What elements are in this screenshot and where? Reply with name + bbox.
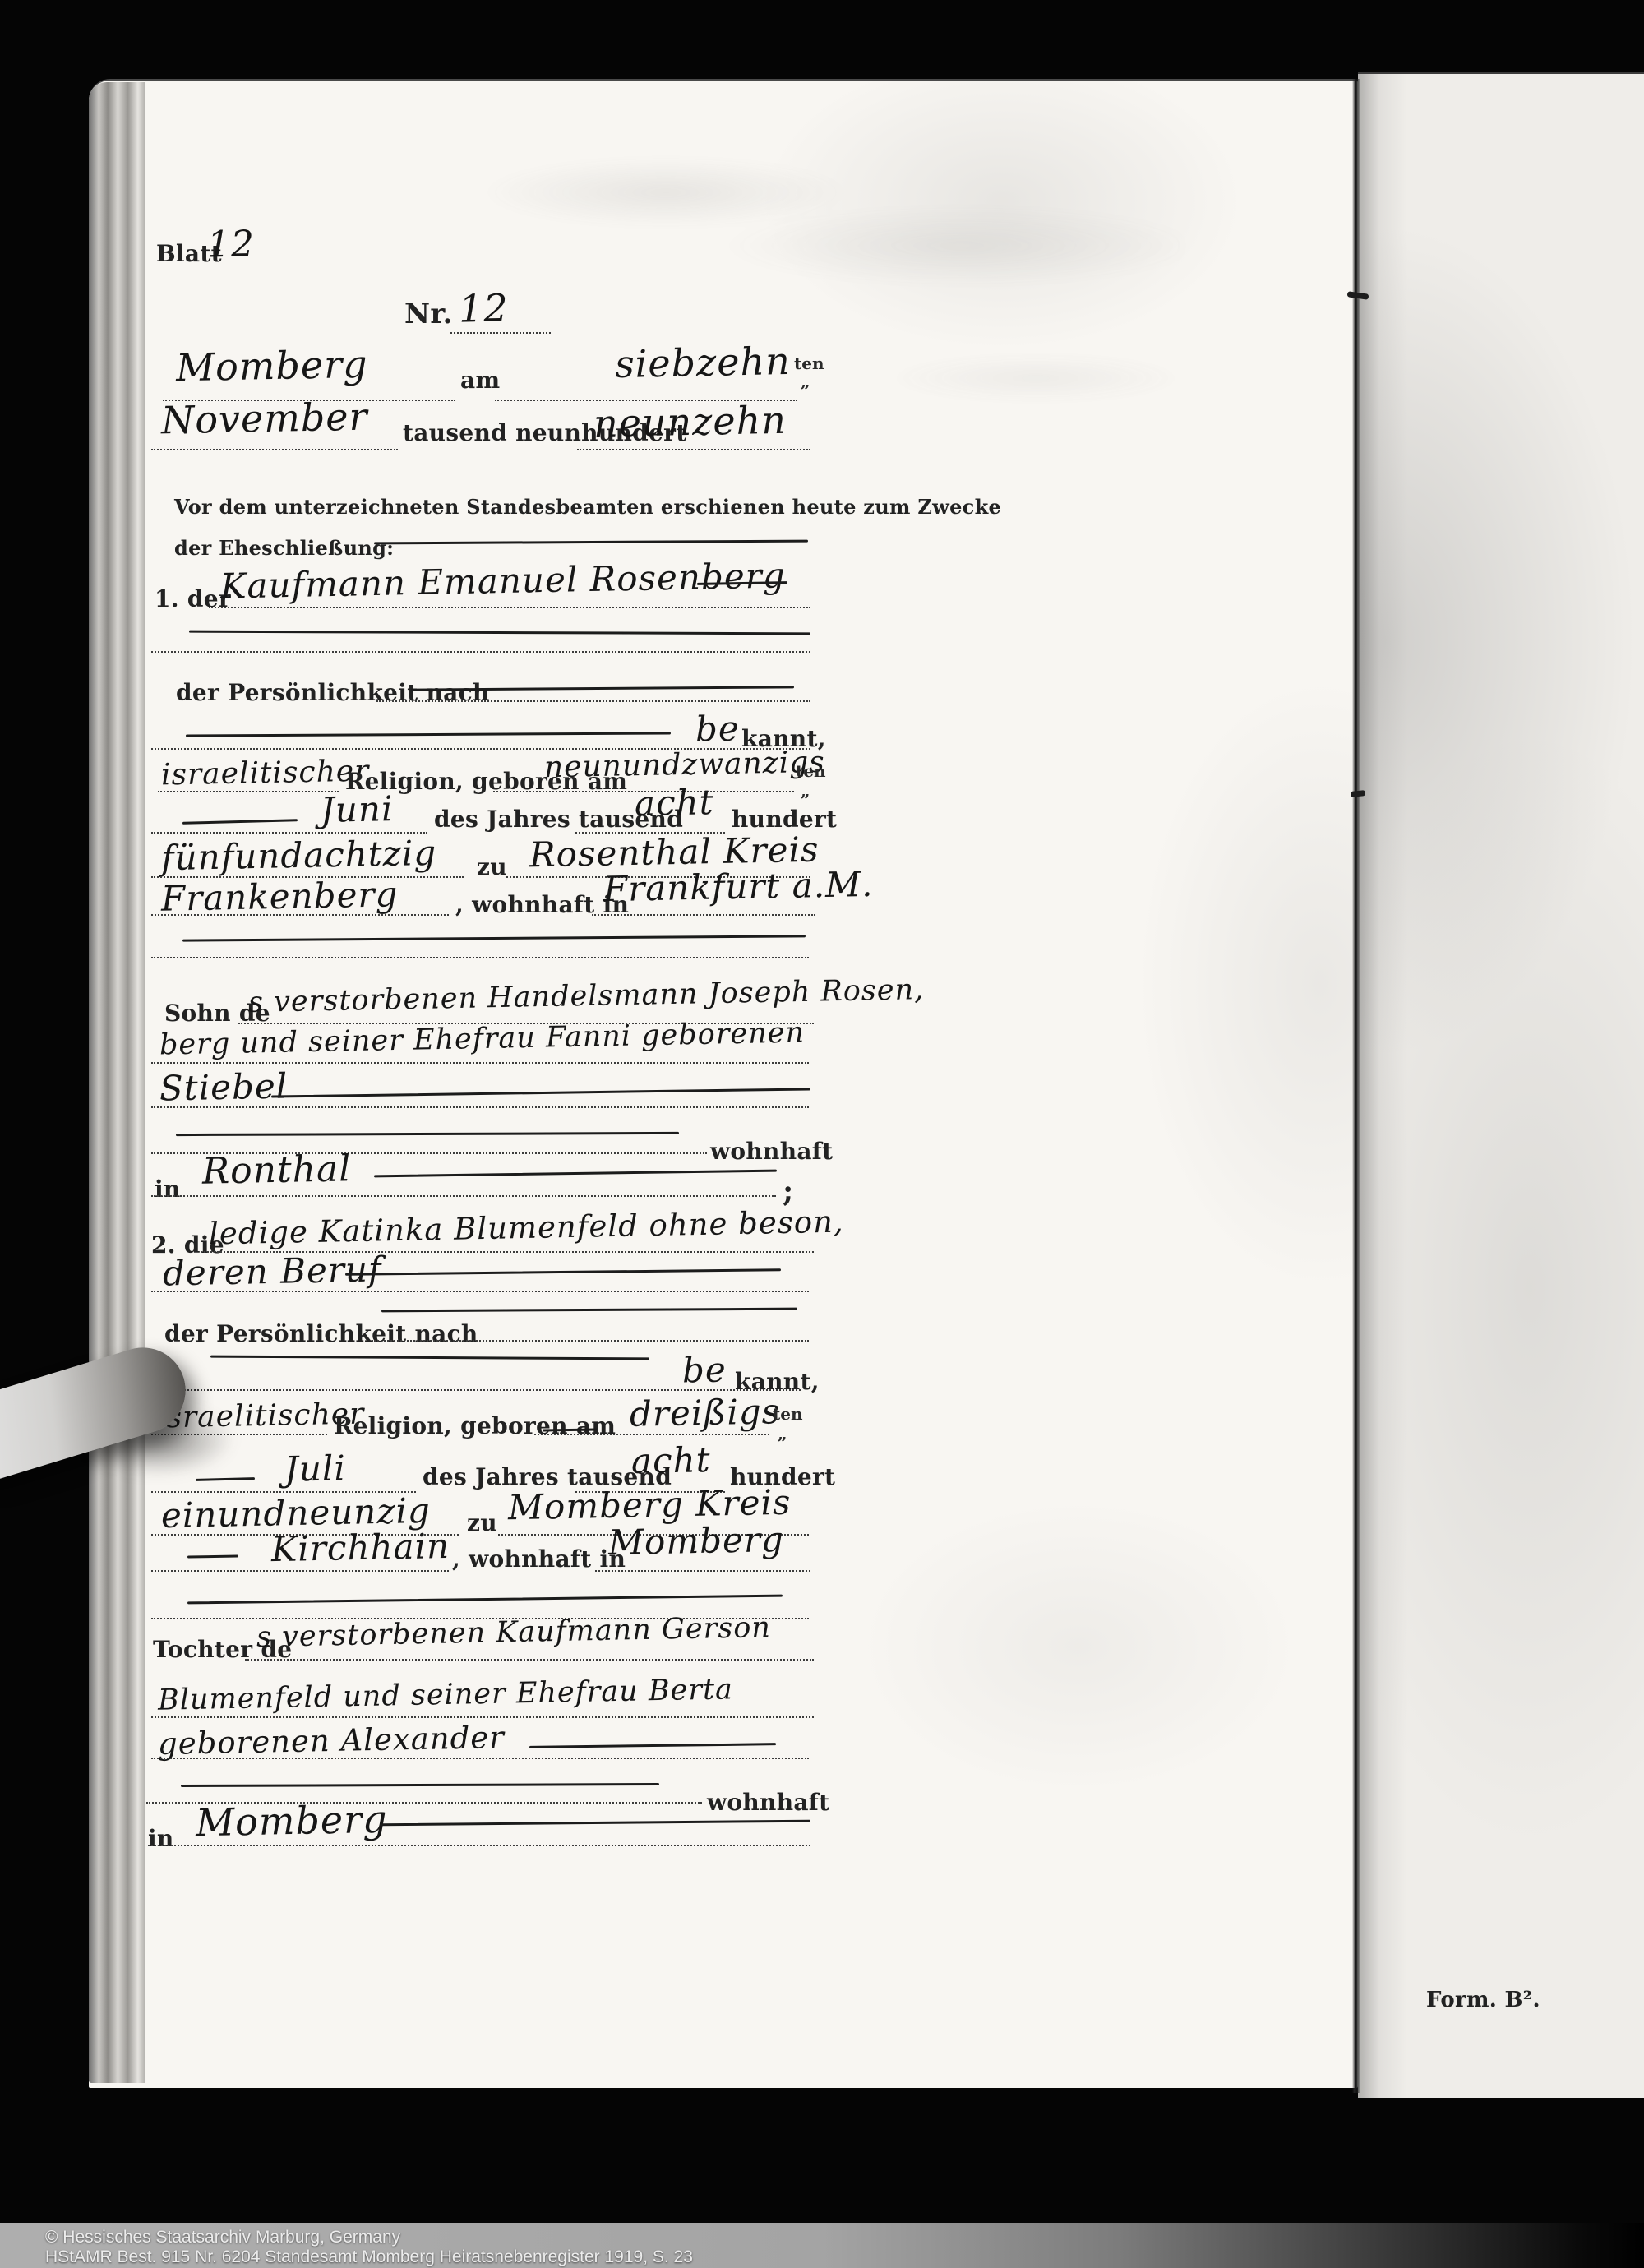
blank-line [245,1659,814,1661]
wohnhaft-label: wohnhaft [707,1789,829,1816]
blank-line [148,1845,810,1846]
wohnhaft-in-label: , wohnhaft in [452,1545,626,1573]
blank-line [151,1291,809,1292]
bride-parents-line3-hand: geborenen Alexander [158,1720,506,1762]
religion-geboren-label: Religion, geboren am [334,1412,616,1439]
bride-bekannt-hand: be [682,1349,727,1390]
groom-parents-line3-hand: Stiebel [159,1066,289,1109]
blank-line [595,1570,810,1572]
bride-birth-place2-hand: Kirchhain [271,1526,450,1569]
blank-line [151,1106,809,1108]
blank-line [592,914,815,916]
blank-line [151,914,449,916]
blank-line [151,1570,449,1572]
blank-line [151,1195,776,1197]
am-label: am [460,367,500,394]
bride-parents-residence-hand: Momberg [196,1797,389,1845]
persoenlichkeit-label: der Persönlichkeit nach [176,679,490,706]
groom-birth-place2-hand: Frankenberg [161,874,399,919]
dateline-year-handwritten: neunzehn [593,398,787,446]
bride-century-hand: acht [631,1439,711,1481]
dateline-place-handwritten: Momberg [176,342,369,390]
hundert-label: hundert [732,806,837,833]
in-label: in [155,1176,181,1203]
intro-line2: der Eheschließung: [174,536,394,560]
archive-reference-line: HStAMR Best. 915 Nr. 6204 Standesamt Mom… [45,2247,693,2267]
blatt-number-handwritten: 12 [207,223,256,266]
ten-suffix: ten [773,1404,803,1424]
in-label: in [148,1825,174,1852]
form-number-note: Form. B². [1426,1988,1540,2012]
semicolon-mark: ; [783,1174,794,1208]
repeat-quote-mark: „ [778,1424,787,1443]
persoenlichkeit-label: der Persönlichkeit nach [164,1320,478,1347]
scanned-register-page: Blatt 12 Nr. 12 Momberg am siebzehn ten … [0,0,1644,2268]
repeat-quote-mark: „ [801,781,810,801]
groom-index-label: 1. der [155,585,231,612]
groom-century-hand: acht [635,782,714,824]
blank-line [209,607,810,608]
repeat-quote-mark: „ [801,372,810,391]
blank-line [450,332,551,334]
nr-label: Nr. [404,298,453,330]
groom-birth-year-hand: fünfundachtzig [161,833,437,878]
zu-label: zu [467,1509,497,1536]
blank-line [151,1389,801,1391]
blank-line [151,1062,809,1064]
groom-religion-hand: israelitischer [161,755,370,792]
blank-line [151,1716,814,1718]
zu-label: zu [477,853,507,880]
groom-birth-month-hand: Juni [321,788,394,830]
blank-line [376,700,810,702]
blank-line [151,1758,809,1759]
groom-parents-residence-hand: Ronthal [202,1148,352,1192]
page-stack-edge [89,82,145,2083]
blank-line [372,1340,809,1342]
blank-line [151,957,809,958]
groom-residence-hand: Frankfurt a.M. [603,864,874,909]
bride-birth-day-hand: dreißigs [630,1391,781,1434]
register-right-page [1358,72,1644,2098]
archive-watermark-bar: © Hessisches Staatsarchiv Marburg, Germa… [0,2223,1644,2268]
bride-residence-hand: Momberg [608,1519,785,1563]
wohnhaft-label: wohnhaft [710,1138,833,1165]
blank-line [577,449,810,450]
groom-bekannt-hand: be [695,708,741,749]
blank-line [158,791,339,792]
ten-suffix: ten [794,353,824,373]
intro-line1: Vor dem unterzeichneten Standesbeamten e… [174,495,1001,519]
nr-number-handwritten: 12 [458,285,509,330]
blank-line [151,449,398,450]
dateline-month-handwritten: November [161,395,368,443]
bride-name-line2-hand: deren Beruf [163,1249,382,1293]
blank-line [534,1434,769,1435]
dateline-day-handwritten: siebzehn [615,339,792,386]
blank-line [151,651,810,653]
bride-birth-month-hand: Juli [284,1448,347,1489]
ten-suffix: ten [796,761,826,781]
book-spine-fold [1352,79,1360,2093]
archive-credit-line: © Hessisches Staatsarchiv Marburg, Germa… [45,2228,400,2247]
groom-birth-day-hand: neunundzwanzigs [544,746,825,785]
